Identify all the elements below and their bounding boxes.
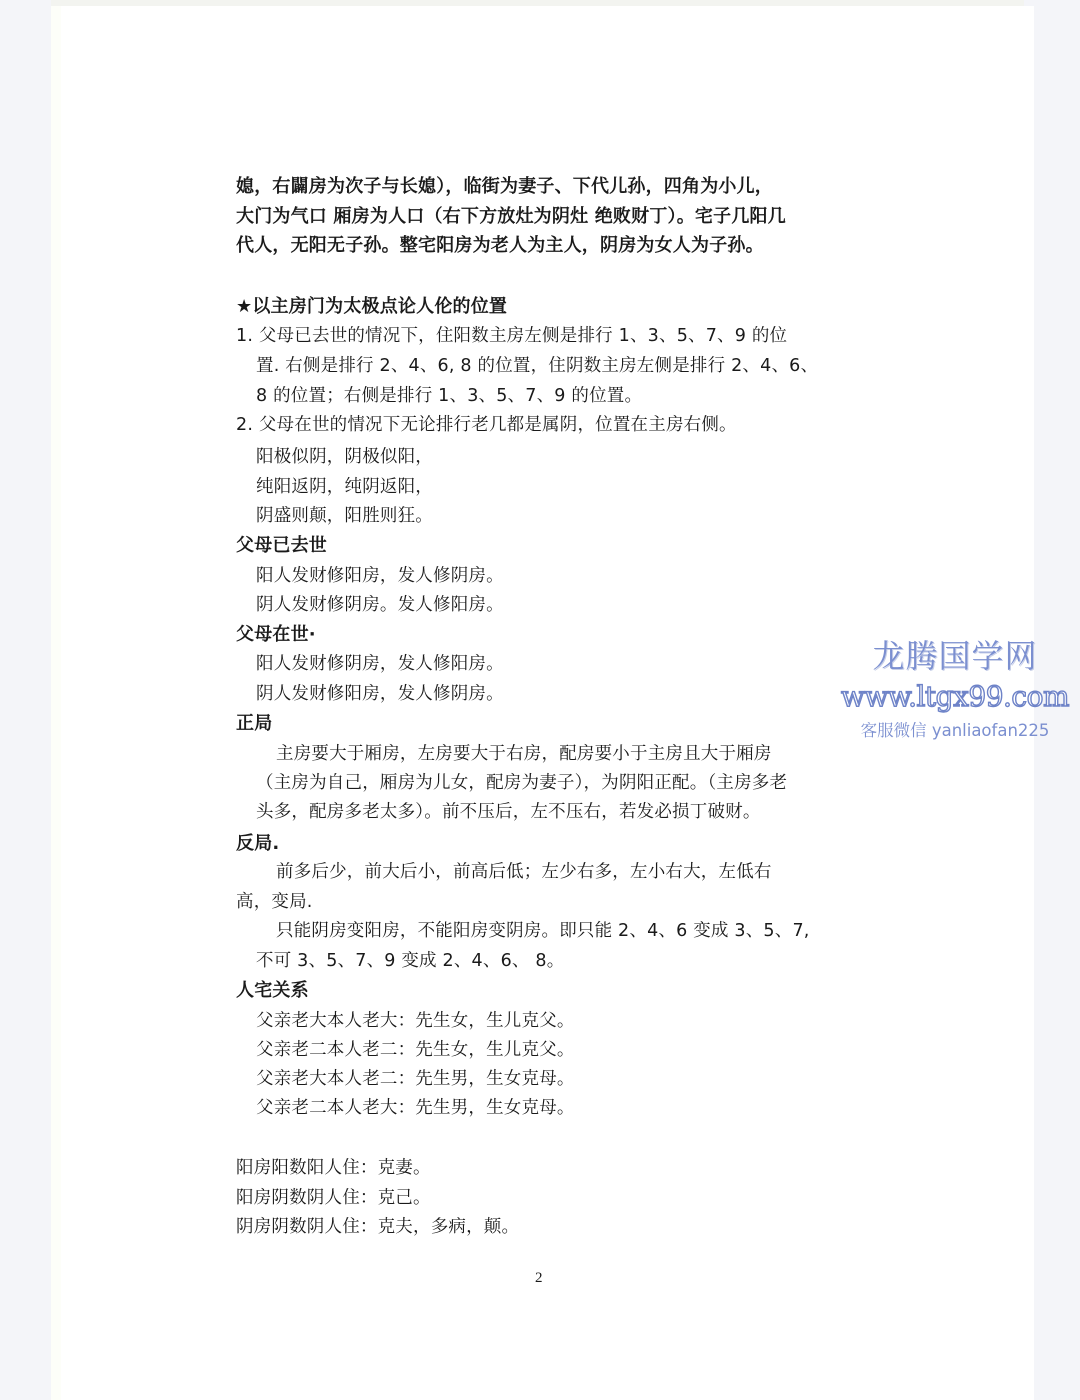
- section-heading-zhengju: 正局: [236, 713, 272, 735]
- fanju-line-2: 高，变局.: [236, 891, 313, 913]
- taiji-item1-line-3: 8 的位置；右侧是排行 1、3、5、7、9 的位置。: [256, 385, 642, 407]
- parents-deceased-line-1: 阳人发财修阳房，发人修阴房。: [256, 565, 504, 587]
- taiji-item2: 2. 父母在世的情况下无论排行老几都是属阴，位置在主房右侧。: [236, 414, 737, 436]
- watermark: 龙腾国学网 www.ltgx99.com 客服微信 yanliaofan225: [830, 635, 1080, 745]
- watermark-contact: 客服微信 yanliaofan225: [830, 717, 1080, 745]
- fanju-line-3: 只能阴房变阳房，不能阳房变阴房。即只能 2、4、6 变成 3、5、7,: [276, 920, 810, 942]
- taiji-verse-3: 阴盛则颠，阳胜则狂。: [256, 505, 433, 527]
- renzhai-line-4: 父亲老二本人老大：先生男，生女克母。: [256, 1097, 575, 1119]
- renzhai-line-2: 父亲老二本人老二：先生女，生儿克父。: [256, 1039, 575, 1061]
- closing-line-3: 阴房阴数阴人住：克夫，多病，颠。: [236, 1216, 519, 1238]
- watermark-title: 龙腾国学网: [830, 635, 1080, 677]
- zhengju-line-1: 主房要大于厢房，左房要大于右房，配房要小于主房且大于厢房: [276, 743, 772, 765]
- taiji-verse-1: 阳极似阴，阴极似阳，: [256, 446, 433, 468]
- watermark-url: www.ltgx99.com: [830, 677, 1080, 717]
- section-heading-taiji: ★以主房门为太极点论人伦的位置: [236, 296, 507, 318]
- renzhai-line-3: 父亲老大本人老二：先生男，生女克母。: [256, 1068, 575, 1090]
- section-heading-parents-living: 父母在世·: [236, 624, 316, 646]
- page-number: 2: [535, 1270, 543, 1287]
- zhengju-line-3: 头多，配房多老太多）。前不压后，左不压右，若发必损丁破财。: [256, 801, 761, 823]
- parents-living-line-1: 阳人发财修阴房，发人修阳房。: [256, 653, 504, 675]
- taiji-item1-line-1: 1. 父母已去世的情况下，住阳数主房左侧是排行 1、3、5、7、9 的位: [236, 325, 787, 347]
- taiji-verse-2: 纯阳返阴，纯阴返阳，: [256, 476, 433, 498]
- taiji-item1-line-2: 置. 右侧是排行 2、4、6, 8 的位置，住阴数主房左侧是排行 2、4、6、: [256, 355, 818, 377]
- renzhai-line-1: 父亲老大本人老大：先生女，生儿克父。: [256, 1010, 575, 1032]
- zhengju-line-2: （主房为自己，厢房为儿女，配房为妻子），为阴阳正配。（主房多老: [256, 772, 787, 794]
- intro-line-2: 大门为气口 厢房为人口（右下方放灶为阴灶 绝败财丁）。宅子几阳几: [236, 206, 786, 228]
- section-heading-renzhai: 人宅关系: [236, 980, 309, 1002]
- closing-line-2: 阳房阴数阴人住：克己。: [236, 1187, 431, 1209]
- fanju-line-1: 前多后少，前大后小，前高后低；左少右多，左小右大，左低右: [276, 861, 772, 883]
- intro-line-3: 代人，无阳无子孙。整宅阳房为老人为主人，阴房为女人为子孙。: [236, 235, 764, 257]
- closing-line-1: 阳房阳数阳人住：克妻。: [236, 1157, 431, 1179]
- fanju-line-4: 不可 3、5、7、9 变成 2、4、6、 8。: [256, 950, 564, 972]
- intro-line-1: 媳，右闢房为次子与长媳），临街为妻子、下代儿孙，四角为小儿，: [236, 176, 773, 198]
- section-heading-fanju: 反局.: [236, 833, 279, 855]
- parents-living-line-2: 阴人发财修阳房，发人修阴房。: [256, 683, 504, 705]
- parents-deceased-line-2: 阴人发财修阴房。发人修阳房。: [256, 594, 504, 616]
- section-heading-parents-deceased: 父母已去世: [236, 535, 327, 557]
